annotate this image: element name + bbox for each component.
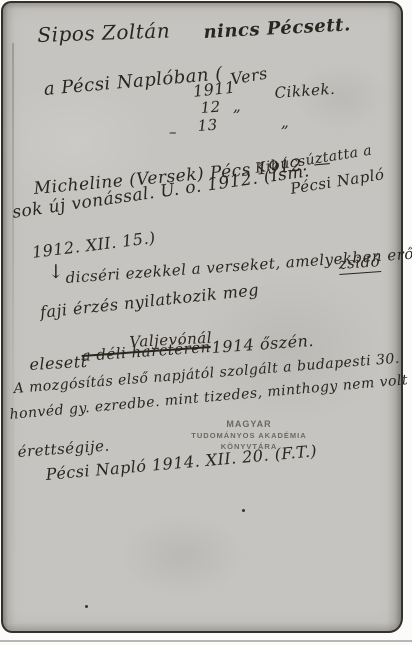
handwritten-line-note: nincs Pécsett. [203,14,351,43]
stamp-line: MAGYAR [186,418,312,431]
handwritten-date-line: 1912. XII. 15.) [31,228,157,262]
ditto-mark: „ [233,97,241,115]
down-arrow-mark: ↓ [48,261,64,283]
stamp-line: TUDOMÁNYOS AKADÉMIA [186,431,312,442]
handwritten-year-13: 13 [197,116,218,135]
handwritten-word-cikkek: Cikkek. [274,80,336,102]
handwritten-word: elesett [29,352,88,374]
handwritten-date: 1914 őszén. [211,331,315,357]
ditto-mark: „ [281,113,289,131]
ink-dot [242,509,245,512]
handwritten-word: érettségije. [17,437,110,461]
ink-dot [85,605,88,608]
dash-mark: – [169,123,177,141]
handwritten-struck-text: a déli harctéren [81,338,211,365]
scanned-page: Sipos Zoltán nincs Pécsett. a Pécsi Napl… [0,0,412,645]
paper-card: Sipos Zoltán nincs Pécsett. a Pécsi Napl… [1,1,403,633]
handwritten-word-underlined: zsidó [338,252,381,275]
paper-crease [12,43,14,583]
handwritten-year-12: 12 [200,98,221,117]
handwritten-line-name: Sipos Zoltán [37,18,171,47]
handwritten-word-vers: Vers [229,64,269,89]
scan-edge-line [0,640,412,642]
